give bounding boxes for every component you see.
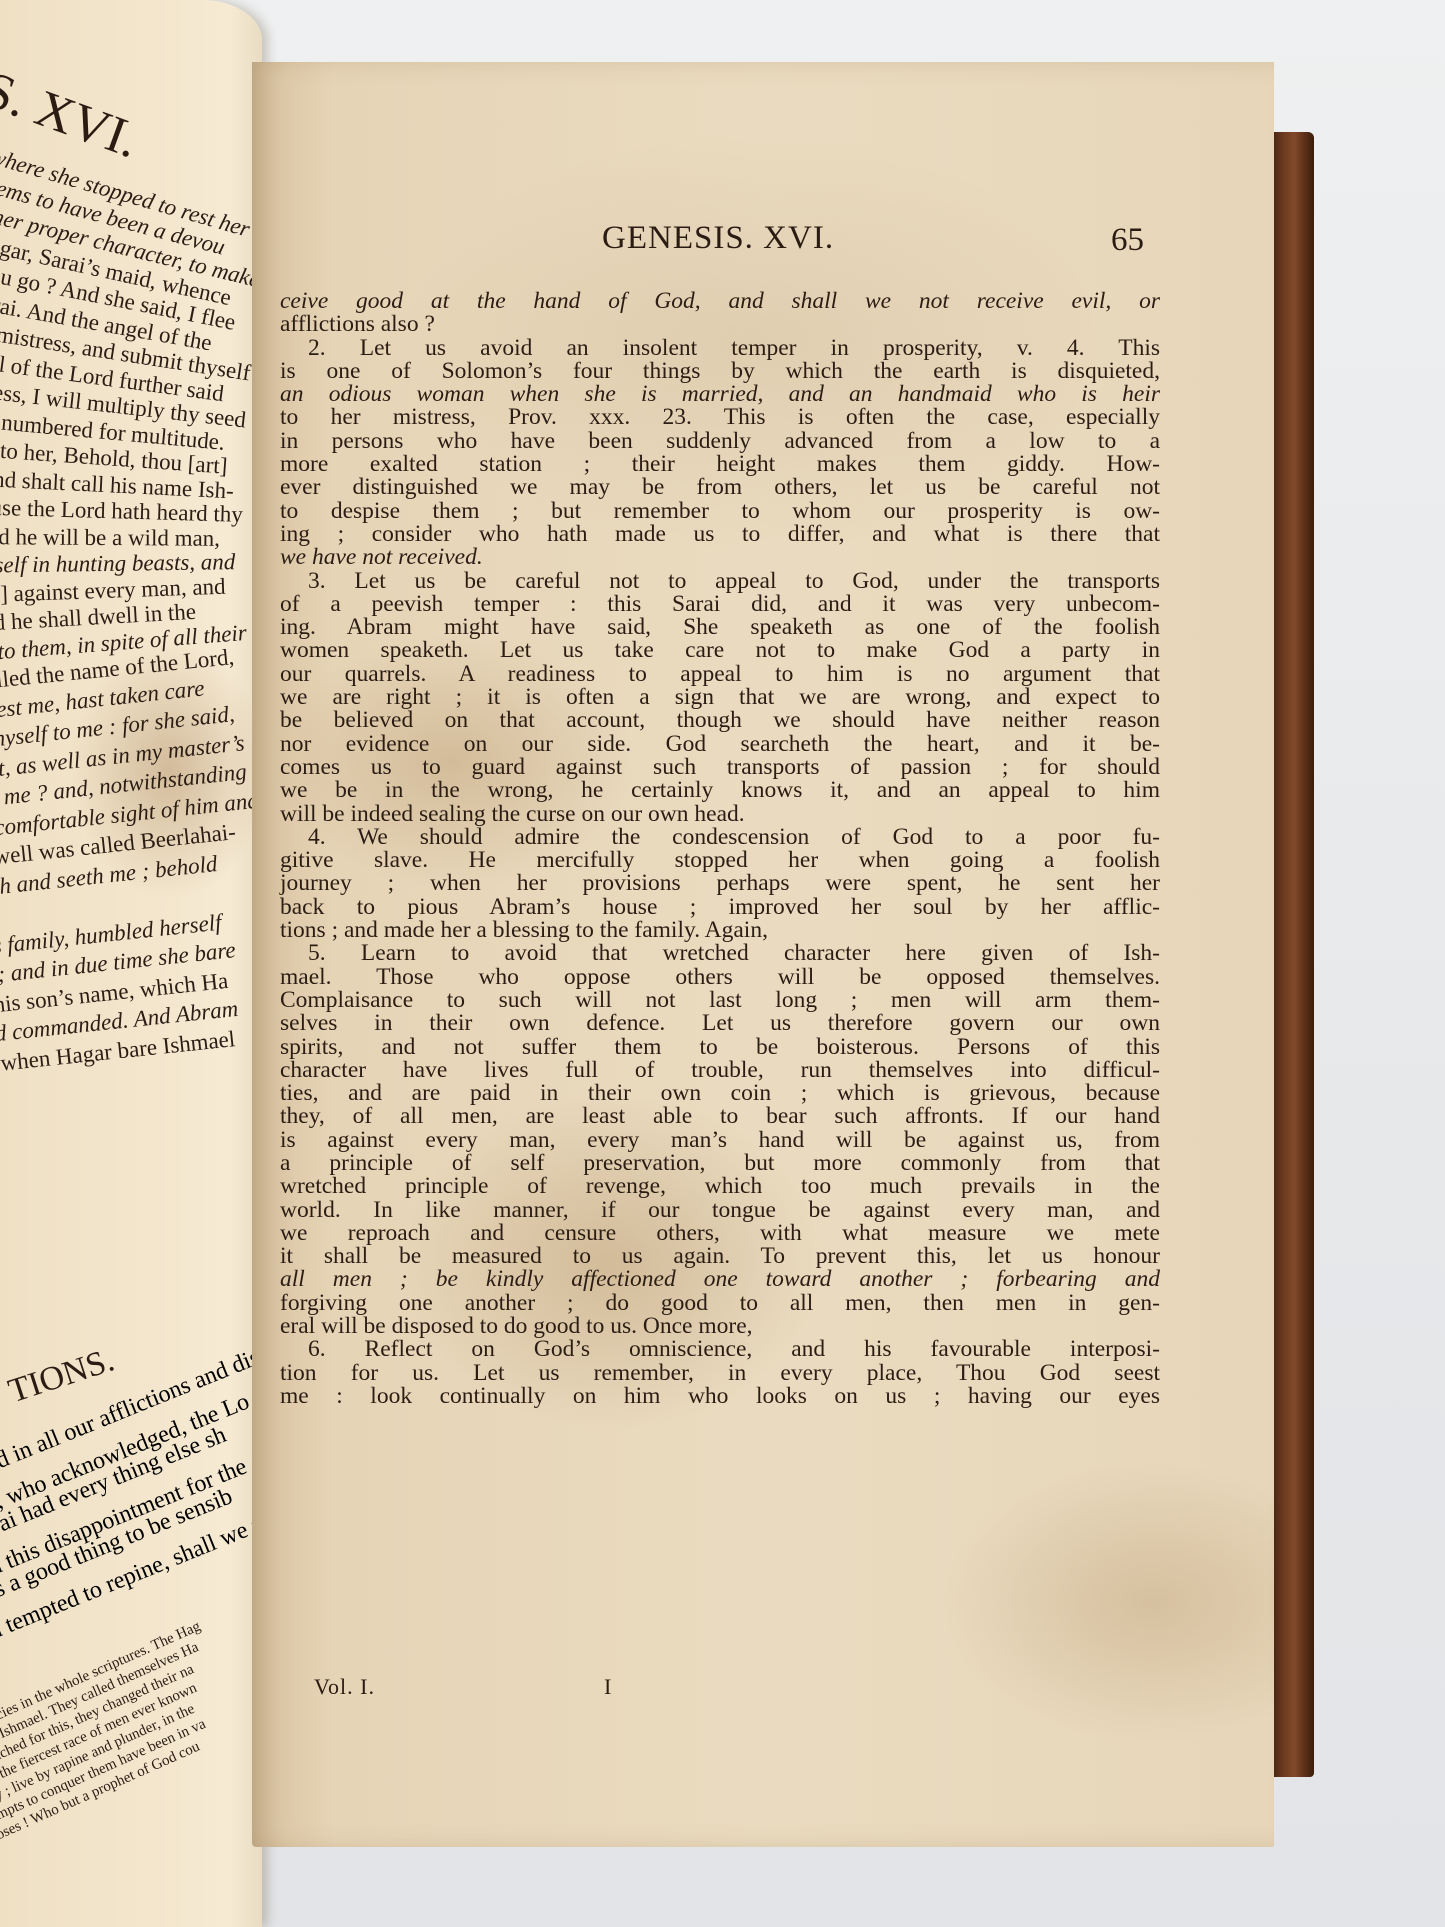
- text-line: me : look continually on him who looks o…: [280, 1385, 1160, 1408]
- text-line: tions ; and made her a blessing to the f…: [280, 919, 1160, 942]
- text-line: be believed on that account, though we s…: [280, 709, 1160, 732]
- text-line: a principle of self preservation, but mo…: [280, 1152, 1160, 1175]
- text-line: all men ; be kindly affectioned one towa…: [280, 1268, 1160, 1291]
- text-line: afflictions also ?: [280, 313, 1160, 336]
- text-line: we have not received.: [280, 546, 1160, 569]
- text-line: ties, and are paid in their own coin ; w…: [280, 1082, 1160, 1105]
- running-head: GENESIS. XVI. 65: [252, 220, 1274, 270]
- text-line: ceive good at the hand of God, and shall…: [280, 290, 1160, 313]
- text-line: journey ; when her provisions perhaps we…: [280, 872, 1160, 895]
- left-section-heading: TIONS.: [4, 1341, 119, 1411]
- page-number: 65: [1111, 222, 1144, 259]
- text-line: ing ; consider who hath made us to diffe…: [280, 523, 1160, 546]
- text-line: eral will be disposed to do good to us. …: [280, 1315, 1160, 1338]
- text-line: our quarrels. A readiness to appeal to h…: [280, 663, 1160, 686]
- text-line: mael. Those who oppose others will be op…: [280, 966, 1160, 989]
- text-line: gitive slave. He mercifully stopped her …: [280, 849, 1160, 872]
- text-line: wretched principle of revenge, which too…: [280, 1175, 1160, 1198]
- running-head-title: GENESIS. XVI.: [602, 220, 834, 257]
- signature-mark: I: [604, 1674, 611, 1700]
- text-line: . And he will be a wild man,: [0, 524, 220, 552]
- volume-signature: Vol. I.: [314, 1674, 375, 1700]
- text-line: we reproach and censure others, with wha…: [280, 1222, 1160, 1245]
- page-footer: Vol. I. I: [252, 1674, 1274, 1704]
- text-line: character have lives full of trouble, ru…: [280, 1059, 1160, 1082]
- text-line: in persons who have been suddenly advanc…: [280, 430, 1160, 453]
- text-line: 6. Reflect on God’s omniscience, and his…: [280, 1338, 1160, 1361]
- text-line: we are right ; it is often a sign that w…: [280, 686, 1160, 709]
- text-line: back to pious Abram’s house ; improved h…: [280, 896, 1160, 919]
- text-line: 4. We should admire the condescension of…: [280, 826, 1160, 849]
- text-line: of a peevish temper : this Sarai did, an…: [280, 593, 1160, 616]
- text-line: women speaketh. Let us take care not to …: [280, 639, 1160, 662]
- text-line: they, of all men, are least able to bear…: [280, 1105, 1160, 1128]
- text-line: 3. Let us be careful not to appeal to Go…: [280, 570, 1160, 593]
- text-line: is one of Solomon’s four things by which…: [280, 360, 1160, 383]
- text-line: 2. Let us avoid an insolent temper in pr…: [280, 337, 1160, 360]
- leather-cover-edge: [1270, 132, 1314, 1777]
- page-body-text: ceive good at the hand of God, and shall…: [280, 290, 1160, 1408]
- right-page: GENESIS. XVI. 65 ceive good at the hand …: [252, 62, 1274, 1847]
- left-page: S. XVI. , where she stopped to rest hers…: [0, 0, 262, 1927]
- text-line: to despise them ; but remember to whom o…: [280, 500, 1160, 523]
- text-line: comes us to guard against such transport…: [280, 756, 1160, 779]
- text-line: spirits, and not suffer them to be boist…: [280, 1036, 1160, 1059]
- text-line: will be indeed sealing the curse on our …: [280, 803, 1160, 826]
- text-line: ing. Abram might have said, She speaketh…: [280, 616, 1160, 639]
- text-line: it shall be measured to us again. To pre…: [280, 1245, 1160, 1268]
- text-line: selves in their own defence. Let us ther…: [280, 1012, 1160, 1035]
- text-line: world. In like manner, if our tongue be …: [280, 1199, 1160, 1222]
- text-line: nor evidence on our side. God searcheth …: [280, 733, 1160, 756]
- text-line: Complaisance to such will not last long …: [280, 989, 1160, 1012]
- text-line: an odious woman when she is married, and…: [280, 383, 1160, 406]
- text-line: to her mistress, Prov. xxx. 23. This is …: [280, 406, 1160, 429]
- text-line: ever distinguished we may be from others…: [280, 476, 1160, 499]
- text-line: is against every man, every man’s hand w…: [280, 1129, 1160, 1152]
- text-line: more exalted station ; their height make…: [280, 453, 1160, 476]
- text-line: we be in the wrong, he certainly knows i…: [280, 779, 1160, 802]
- text-line: 5. Learn to avoid that wretched characte…: [280, 942, 1160, 965]
- text-line: tion for us. Let us remember, in every p…: [280, 1362, 1160, 1385]
- text-line: forgiving one another ; do good to all m…: [280, 1292, 1160, 1315]
